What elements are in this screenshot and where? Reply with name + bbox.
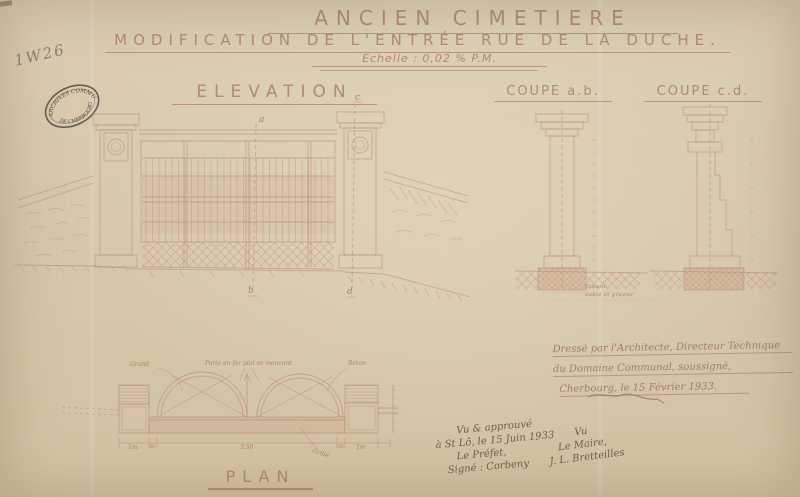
plan-dim-left: 1m bbox=[128, 444, 138, 451]
signature-line-3: Cherbourg, le 15 Février 1933. bbox=[559, 381, 749, 397]
coupe-note-sable: Sable et gravier bbox=[585, 292, 634, 298]
plan-dim-jamb-right: 30 bbox=[337, 444, 343, 450]
elevation-drawing: a b c d bbox=[15, 93, 470, 302]
plan-dim-jamb-left: 30 bbox=[149, 444, 155, 450]
coupe-ab-drawing bbox=[515, 110, 655, 300]
drawing-linework: a b c d bbox=[0, 0, 800, 497]
plan-label-granit: Granit bbox=[130, 361, 149, 368]
marker-d: d bbox=[347, 287, 353, 297]
coupe-cd-drawing bbox=[650, 104, 778, 290]
approval-prefet: Vu & approuvé à St Lô, le 15 Juin 1933 L… bbox=[434, 416, 557, 478]
coupe-note-ciment: Ciment bbox=[585, 284, 606, 290]
marker-b: b bbox=[248, 286, 254, 296]
signature-block: Dressé par l'Architecte, Directeur Techn… bbox=[552, 340, 793, 404]
marker-c: c bbox=[355, 93, 360, 103]
signature-line-2: du Domaine Communal, soussigné, bbox=[553, 360, 793, 377]
scanned-drawing-sheet: 1W26 ARCHIVES COMMUNALES DE CHERBOURG AN… bbox=[0, 0, 800, 497]
marker-a: a bbox=[259, 115, 264, 125]
plan-dim-right: 1m bbox=[356, 444, 366, 451]
plan-drawing bbox=[62, 368, 398, 450]
plan-label-porte: Porte en fer plat se mouvant bbox=[205, 360, 292, 367]
plan-label-beton: Béton bbox=[348, 360, 366, 367]
plan-dim-center: 3.50 bbox=[240, 444, 253, 451]
signature-line-1: Dressé par l'Architecte, Directeur Techn… bbox=[552, 340, 792, 357]
